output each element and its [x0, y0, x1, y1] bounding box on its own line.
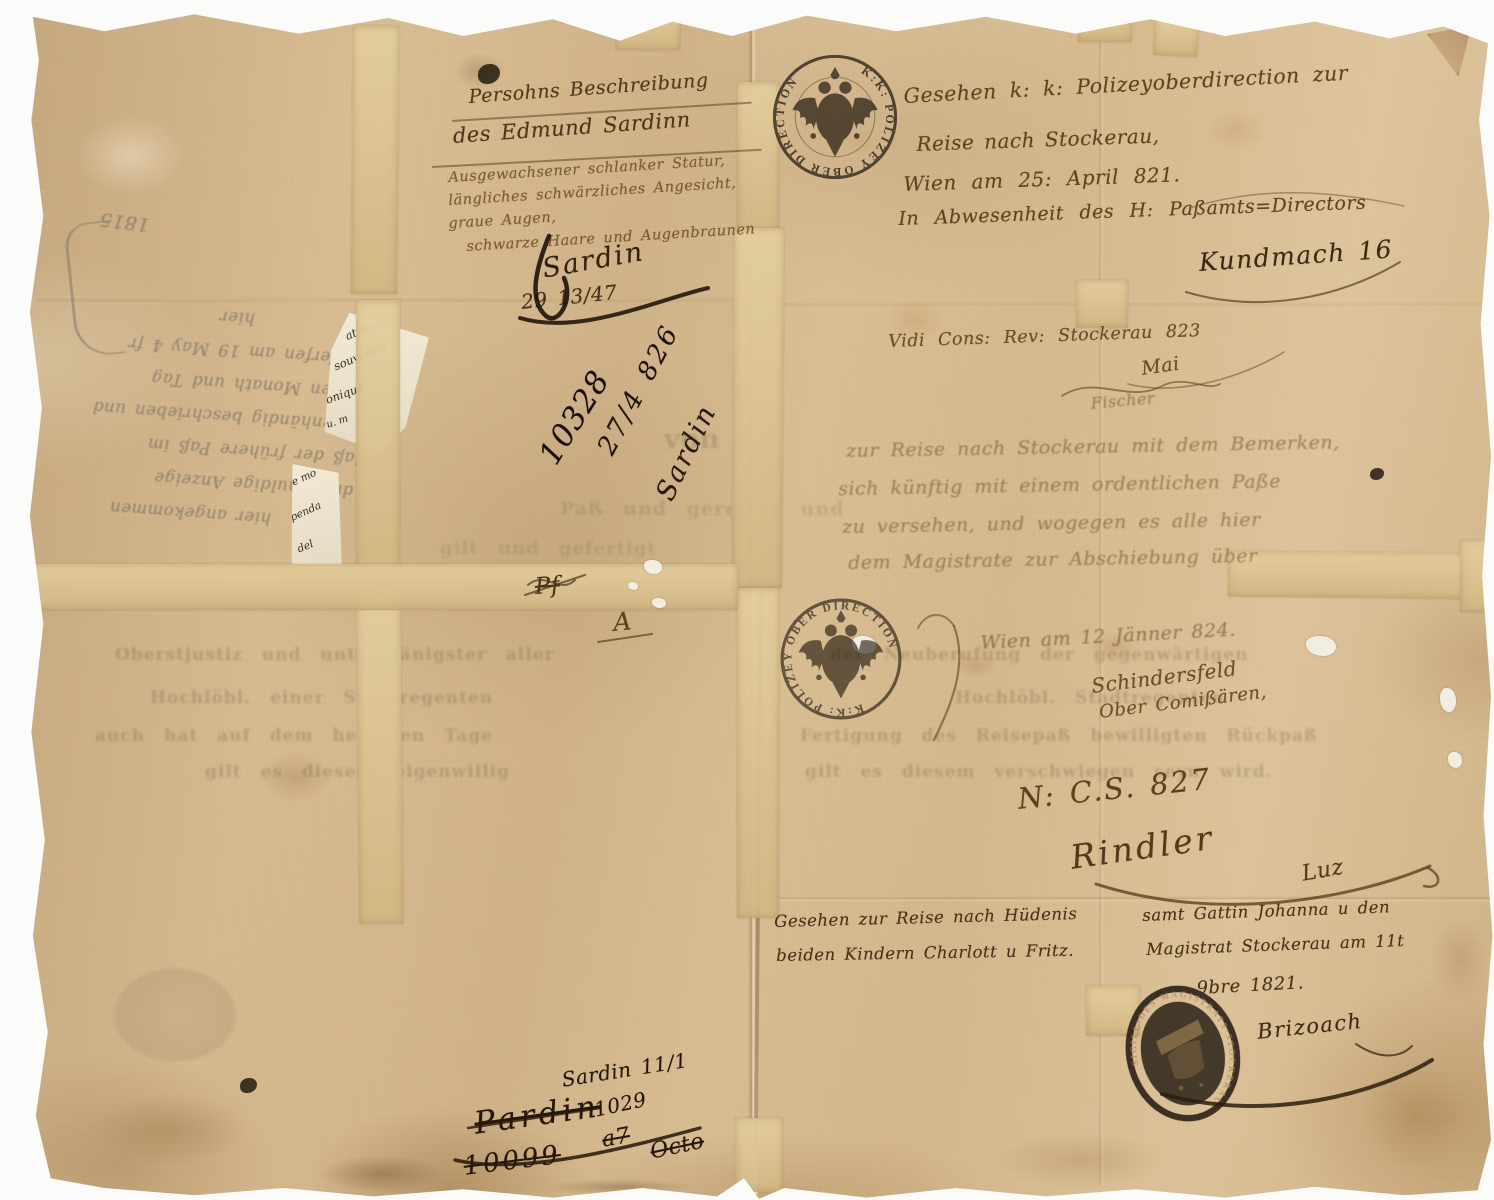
bleedthrough-line: Hochlöbl. einer Stadtregenten: [150, 688, 493, 708]
letter-a-mark: A: [612, 606, 633, 637]
bleedthrough-word: gilt und gefertigt: [440, 538, 657, 559]
tape-strip: [351, 26, 399, 294]
paper-chip: [1440, 688, 1456, 712]
tape-strip: [735, 1118, 783, 1192]
paper-chip: [652, 598, 666, 608]
ink-blot: [240, 1078, 257, 1093]
registry-number-diagonal: 10328: [532, 364, 617, 471]
stain: [60, 1080, 280, 1180]
registry-crossed: a7: [600, 1123, 632, 1153]
tape-tab: [1076, 280, 1128, 328]
vidi-month: Mai: [1140, 353, 1181, 380]
photo-of-historic-passport-document: Oberstjustiz und unterthänigster aller H…: [0, 0, 1494, 1200]
tape-tab: [1153, 15, 1199, 57]
stain: [520, 1176, 720, 1198]
tape-strip: [732, 228, 785, 588]
folded-corner: [1424, 23, 1472, 78]
travel-note-date: 9bre 1821.: [1196, 972, 1304, 999]
registry-crossed: Octo: [648, 1129, 706, 1165]
document-paper: Oberstjustiz und unterthänigster aller H…: [0, 0, 1494, 1200]
crossed-mark: Pf: [534, 572, 561, 600]
commissar-signature: Rindler: [1068, 818, 1217, 877]
fragment-text: penda: [288, 499, 323, 523]
stain: [1340, 1040, 1490, 1190]
police-stamp-middle: K:K: POLIZEY OBER DIRECTION: [772, 590, 910, 728]
ghost-stamp-stain: [90, 950, 260, 1080]
tape-strip: [1228, 551, 1490, 600]
stain: [296, 1148, 466, 1200]
tape-tab: [616, 6, 680, 50]
fragment-text: del: [296, 538, 316, 555]
bleedthrough-line: Fertigung des Reisepaß bewilligten Rückp…: [800, 726, 1318, 746]
ink-blot: [1370, 468, 1384, 480]
double-eagle-emblem-icon: [799, 610, 884, 698]
stain: [1420, 900, 1494, 1020]
registry-crossed: Pardin: [472, 1088, 602, 1141]
note-line: sich künftig mit einem ordentlichen Paße: [838, 470, 1281, 500]
police-stamp-top: K:K: POLIZEY OBER DIRECTION: [764, 46, 906, 188]
person-description-title: Persohns Beschreibung: [468, 69, 709, 108]
bleedthrough-line: Oberstjustiz und unterthänigster aller: [115, 645, 554, 665]
travel-note-signature: Brizoach: [1256, 1009, 1364, 1044]
visa-line: Gesehen k: k: Polizeyoberdirection zur: [903, 61, 1349, 108]
tape-strip: [357, 588, 404, 924]
travel-note-line: Magistrat Stockerau am 11t: [1146, 931, 1405, 959]
ink-blot: [478, 64, 500, 84]
red-seal-remnant: [1436, 0, 1466, 26]
vidi-note-line: Vidi Cons: Rev: Stockerau 823: [888, 321, 1201, 352]
visa-line: Wien am 25: April 821.: [903, 162, 1181, 196]
commissar-signature2: Luz: [1300, 855, 1346, 887]
note-line: zur Reise nach Stockerau mit dem Bemerke…: [846, 431, 1340, 462]
travel-note-line: beiden Kindern Charlott u Fritz.: [776, 941, 1074, 965]
red-seal-remnant: [1202, 0, 1232, 16]
bleedthrough-line: auch hat auf dem heutigen Tage: [95, 726, 493, 746]
vidi-signature: Fischer: [1090, 388, 1156, 413]
travel-note-line: samt Gattin Johanna u den: [1142, 897, 1390, 925]
note-line: zu versehen, und wogegen es alle hier: [842, 509, 1261, 538]
sardin-number: 29 13/47: [520, 280, 618, 314]
bleedthrough-word: Paß und gereiset und: [560, 498, 844, 520]
registry-crossed: 10099: [462, 1140, 563, 1182]
tape-strip: [356, 300, 400, 572]
tape-tab: [1078, 4, 1132, 42]
travel-note-line: Gesehen zur Reise nach Hüdenis: [774, 904, 1078, 931]
visa-signature: Kundmach 16: [1198, 234, 1394, 276]
paper-chip: [628, 582, 638, 590]
fragment-text: u. m: [325, 413, 350, 430]
paper-chip: [644, 560, 662, 574]
paper-chip: [1306, 636, 1336, 656]
registry-line: Sardin 11/1: [560, 1048, 689, 1092]
stain: [1190, 100, 1280, 160]
stain: [56, 100, 206, 210]
paper-chip: [1448, 752, 1462, 768]
description-line: graue Augen,: [448, 209, 557, 232]
visa-line: Reise nach Stockerau,: [916, 124, 1160, 156]
tape-tab: [1460, 540, 1492, 612]
note-line: dem Magistrate zur Abschiebung über: [848, 545, 1258, 574]
visa-line: In Abwesenheit des H: Paßamts=Directors: [898, 192, 1367, 230]
